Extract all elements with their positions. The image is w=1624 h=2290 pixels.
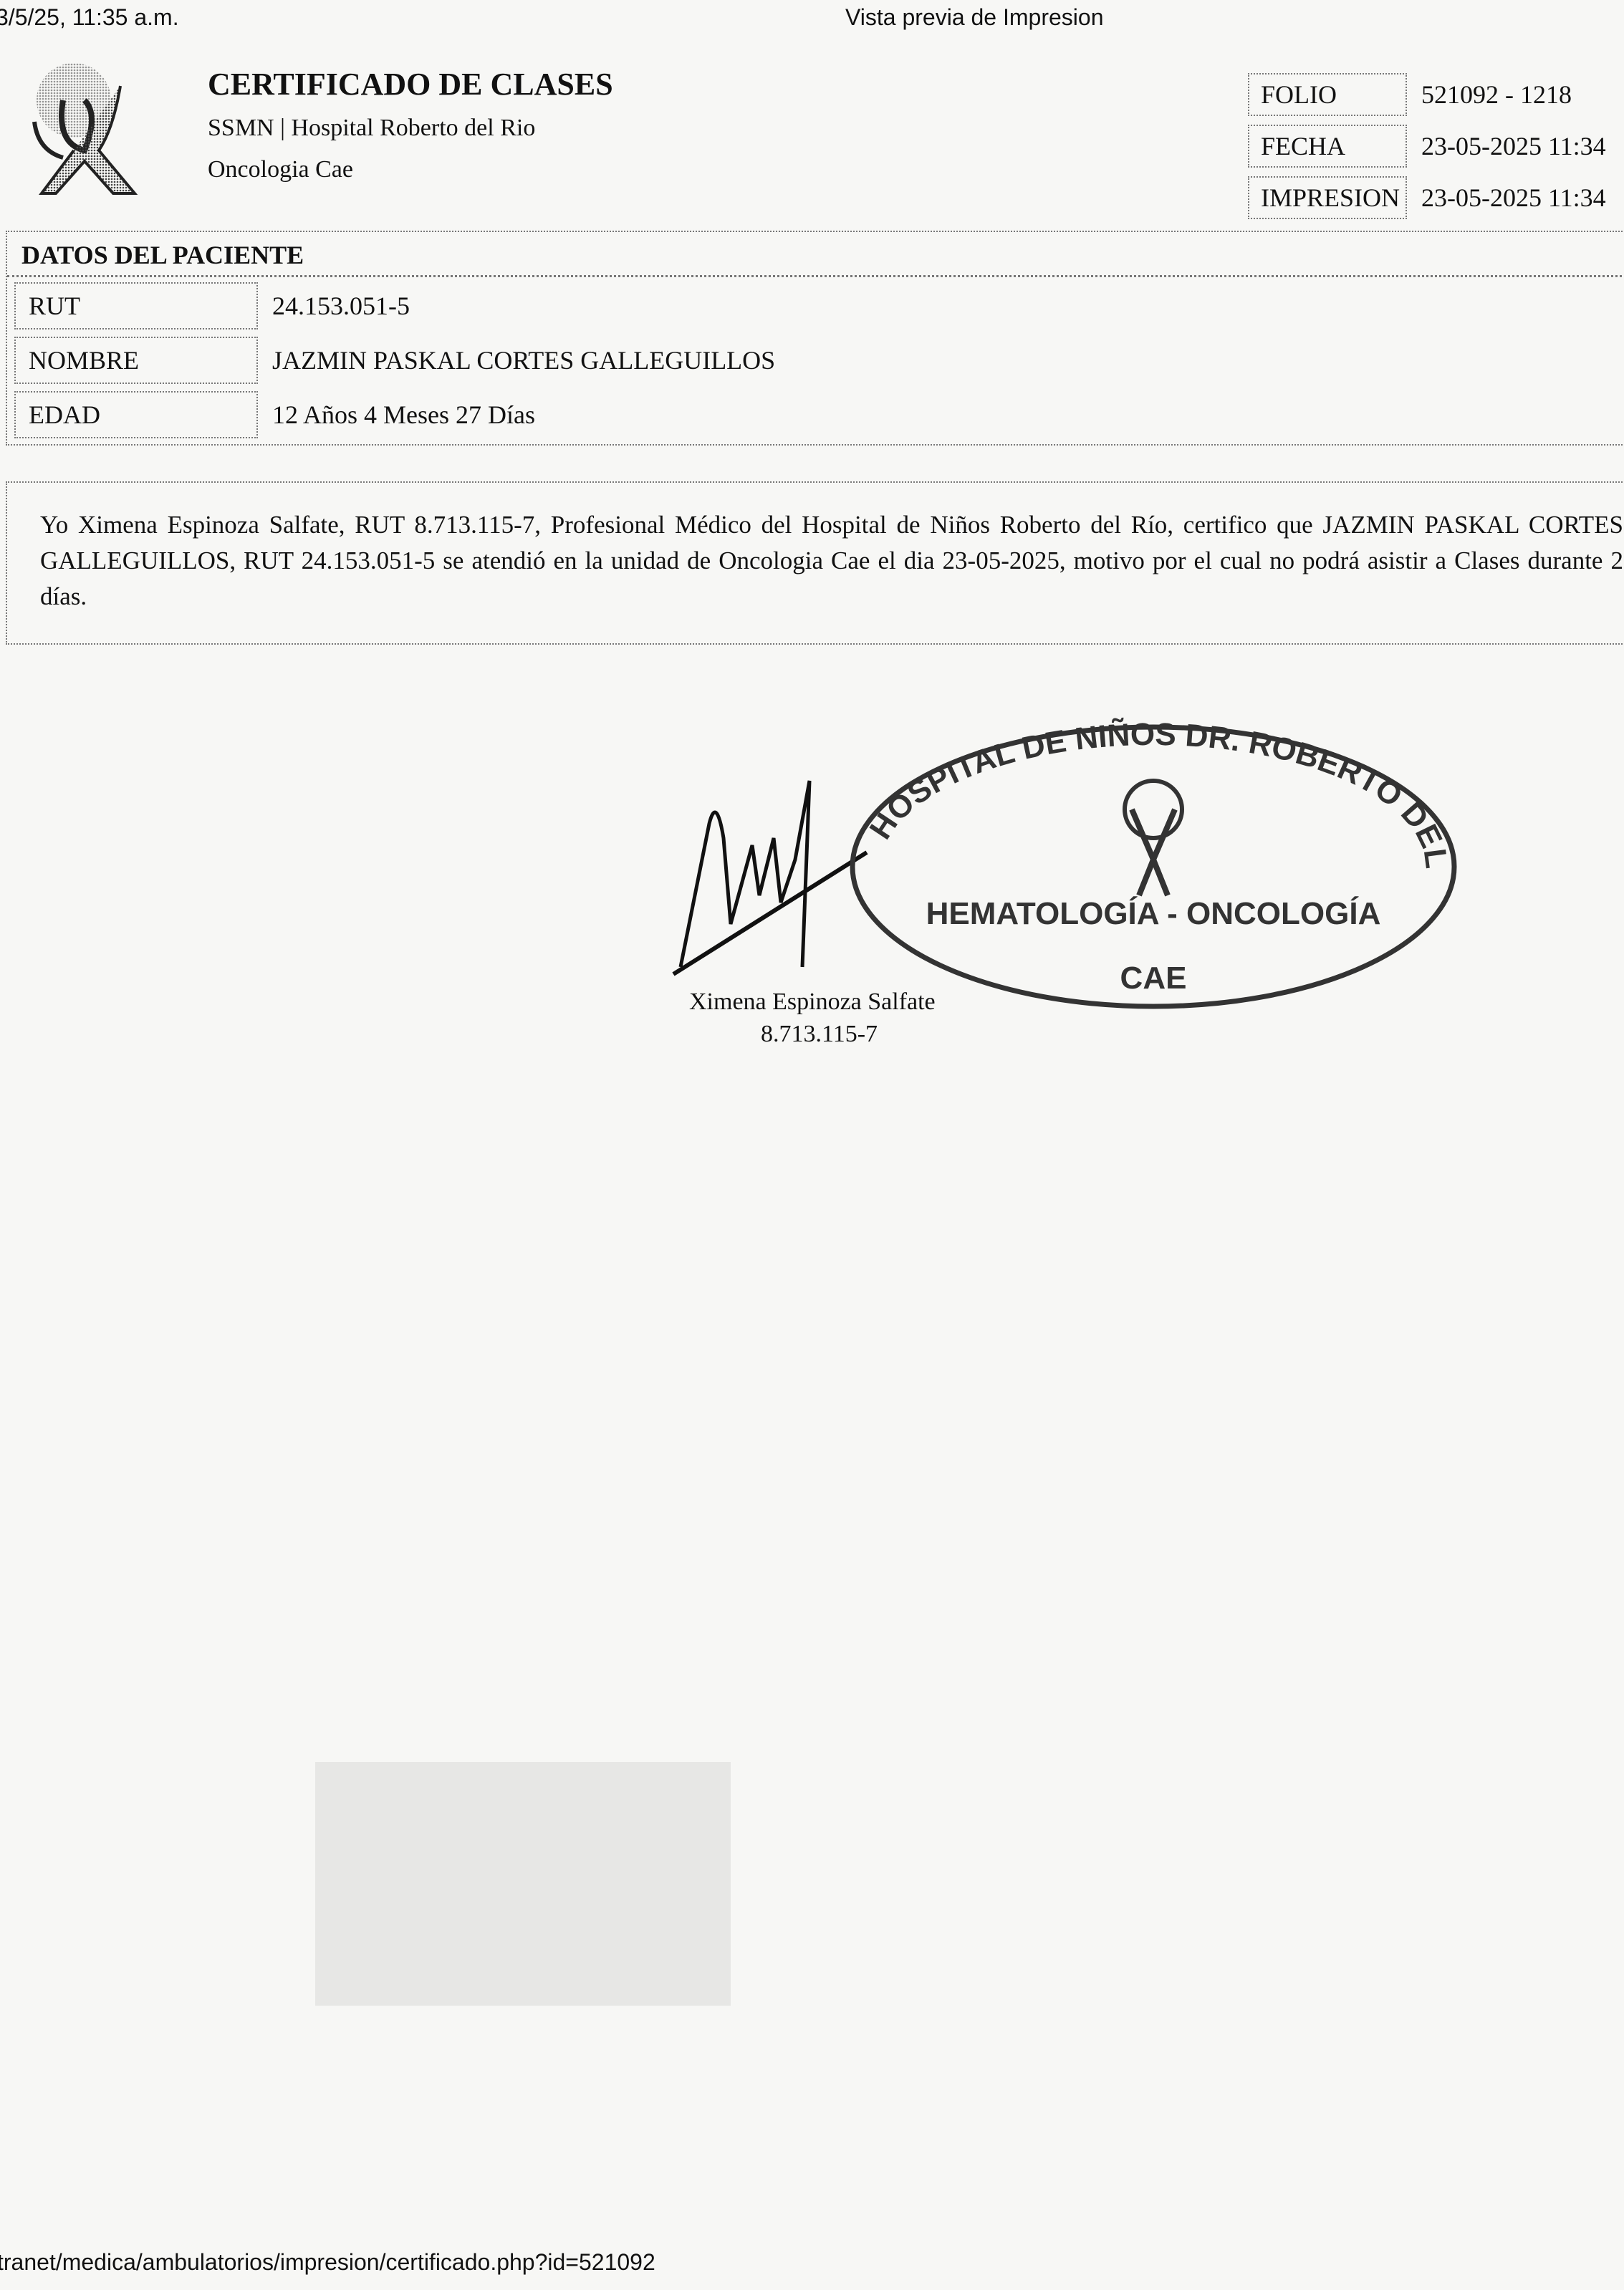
patient-data-section: DATOS DEL PACIENTE RUT 24.153.051-5 NOMB…: [6, 231, 1624, 446]
certificate-text: Yo Ximena Espinoza Salfate, RUT 8.713.11…: [40, 507, 1623, 615]
stamp-department: HEMATOLOGÍA - ONCOLOGÍA: [926, 895, 1381, 931]
document-meta-table: FOLIO 521092 - 1218 FECHA 23-05-2025 11:…: [1248, 69, 1606, 223]
hospital-child-logo-icon: [13, 57, 149, 197]
unit-name: Oncologia Cae: [208, 156, 353, 183]
meta-value: 521092 - 1218: [1407, 80, 1572, 110]
meta-row-folio: FOLIO 521092 - 1218: [1248, 69, 1606, 120]
patient-value: 12 Años 4 Meses 27 Días: [258, 400, 535, 430]
meta-row-fecha: FECHA 23-05-2025 11:34: [1248, 120, 1606, 172]
patient-label: EDAD: [14, 391, 258, 438]
patient-label: NOMBRE: [14, 337, 258, 384]
print-preview-title: Vista previa de Impresion: [845, 4, 1103, 31]
meta-value: 23-05-2025 11:34: [1407, 131, 1606, 161]
print-datetime: 3/5/25, 11:35 a.m.: [0, 4, 179, 31]
patient-row-edad: EDAD 12 Años 4 Meses 27 Días: [7, 389, 1624, 441]
patient-row-rut: RUT 24.153.051-5: [7, 280, 1624, 332]
patient-value: JAZMIN PASKAL CORTES GALLEGUILLOS: [258, 345, 775, 375]
patient-row-nombre: NOMBRE JAZMIN PASKAL CORTES GALLEGUILLOS: [7, 335, 1624, 386]
patient-label: RUT: [14, 282, 258, 329]
meta-value: 23-05-2025 11:34: [1407, 183, 1606, 213]
meta-row-impresion: IMPRESION 23-05-2025 11:34: [1248, 172, 1606, 223]
patient-section-heading: DATOS DEL PACIENTE: [7, 232, 1624, 277]
faint-reception-stamp-icon: [301, 1748, 745, 2020]
meta-label: FOLIO: [1248, 73, 1407, 116]
certificate-body: Yo Ximena Espinoza Salfate, RUT 8.713.11…: [6, 481, 1624, 645]
print-footer-url: tranet/medica/ambulatorios/impresion/cer…: [0, 2249, 655, 2276]
signer-rut: 8.713.115-7: [761, 1021, 878, 1048]
hospital-name: SSMN | Hospital Roberto del Rio: [208, 115, 535, 142]
meta-label: FECHA: [1248, 125, 1407, 168]
stamp-unit: CAE: [1120, 961, 1187, 996]
document-title: CERTIFICADO DE CLASES: [208, 66, 613, 102]
hospital-stamp-icon: HOSPITAL DE NIÑOS DR. ROBERTO DEL RÍO HE…: [845, 716, 1461, 1017]
meta-label: IMPRESION: [1248, 176, 1407, 219]
patient-value: 24.153.051-5: [258, 291, 410, 321]
signer-name: Ximena Espinoza Salfate: [689, 988, 936, 1016]
